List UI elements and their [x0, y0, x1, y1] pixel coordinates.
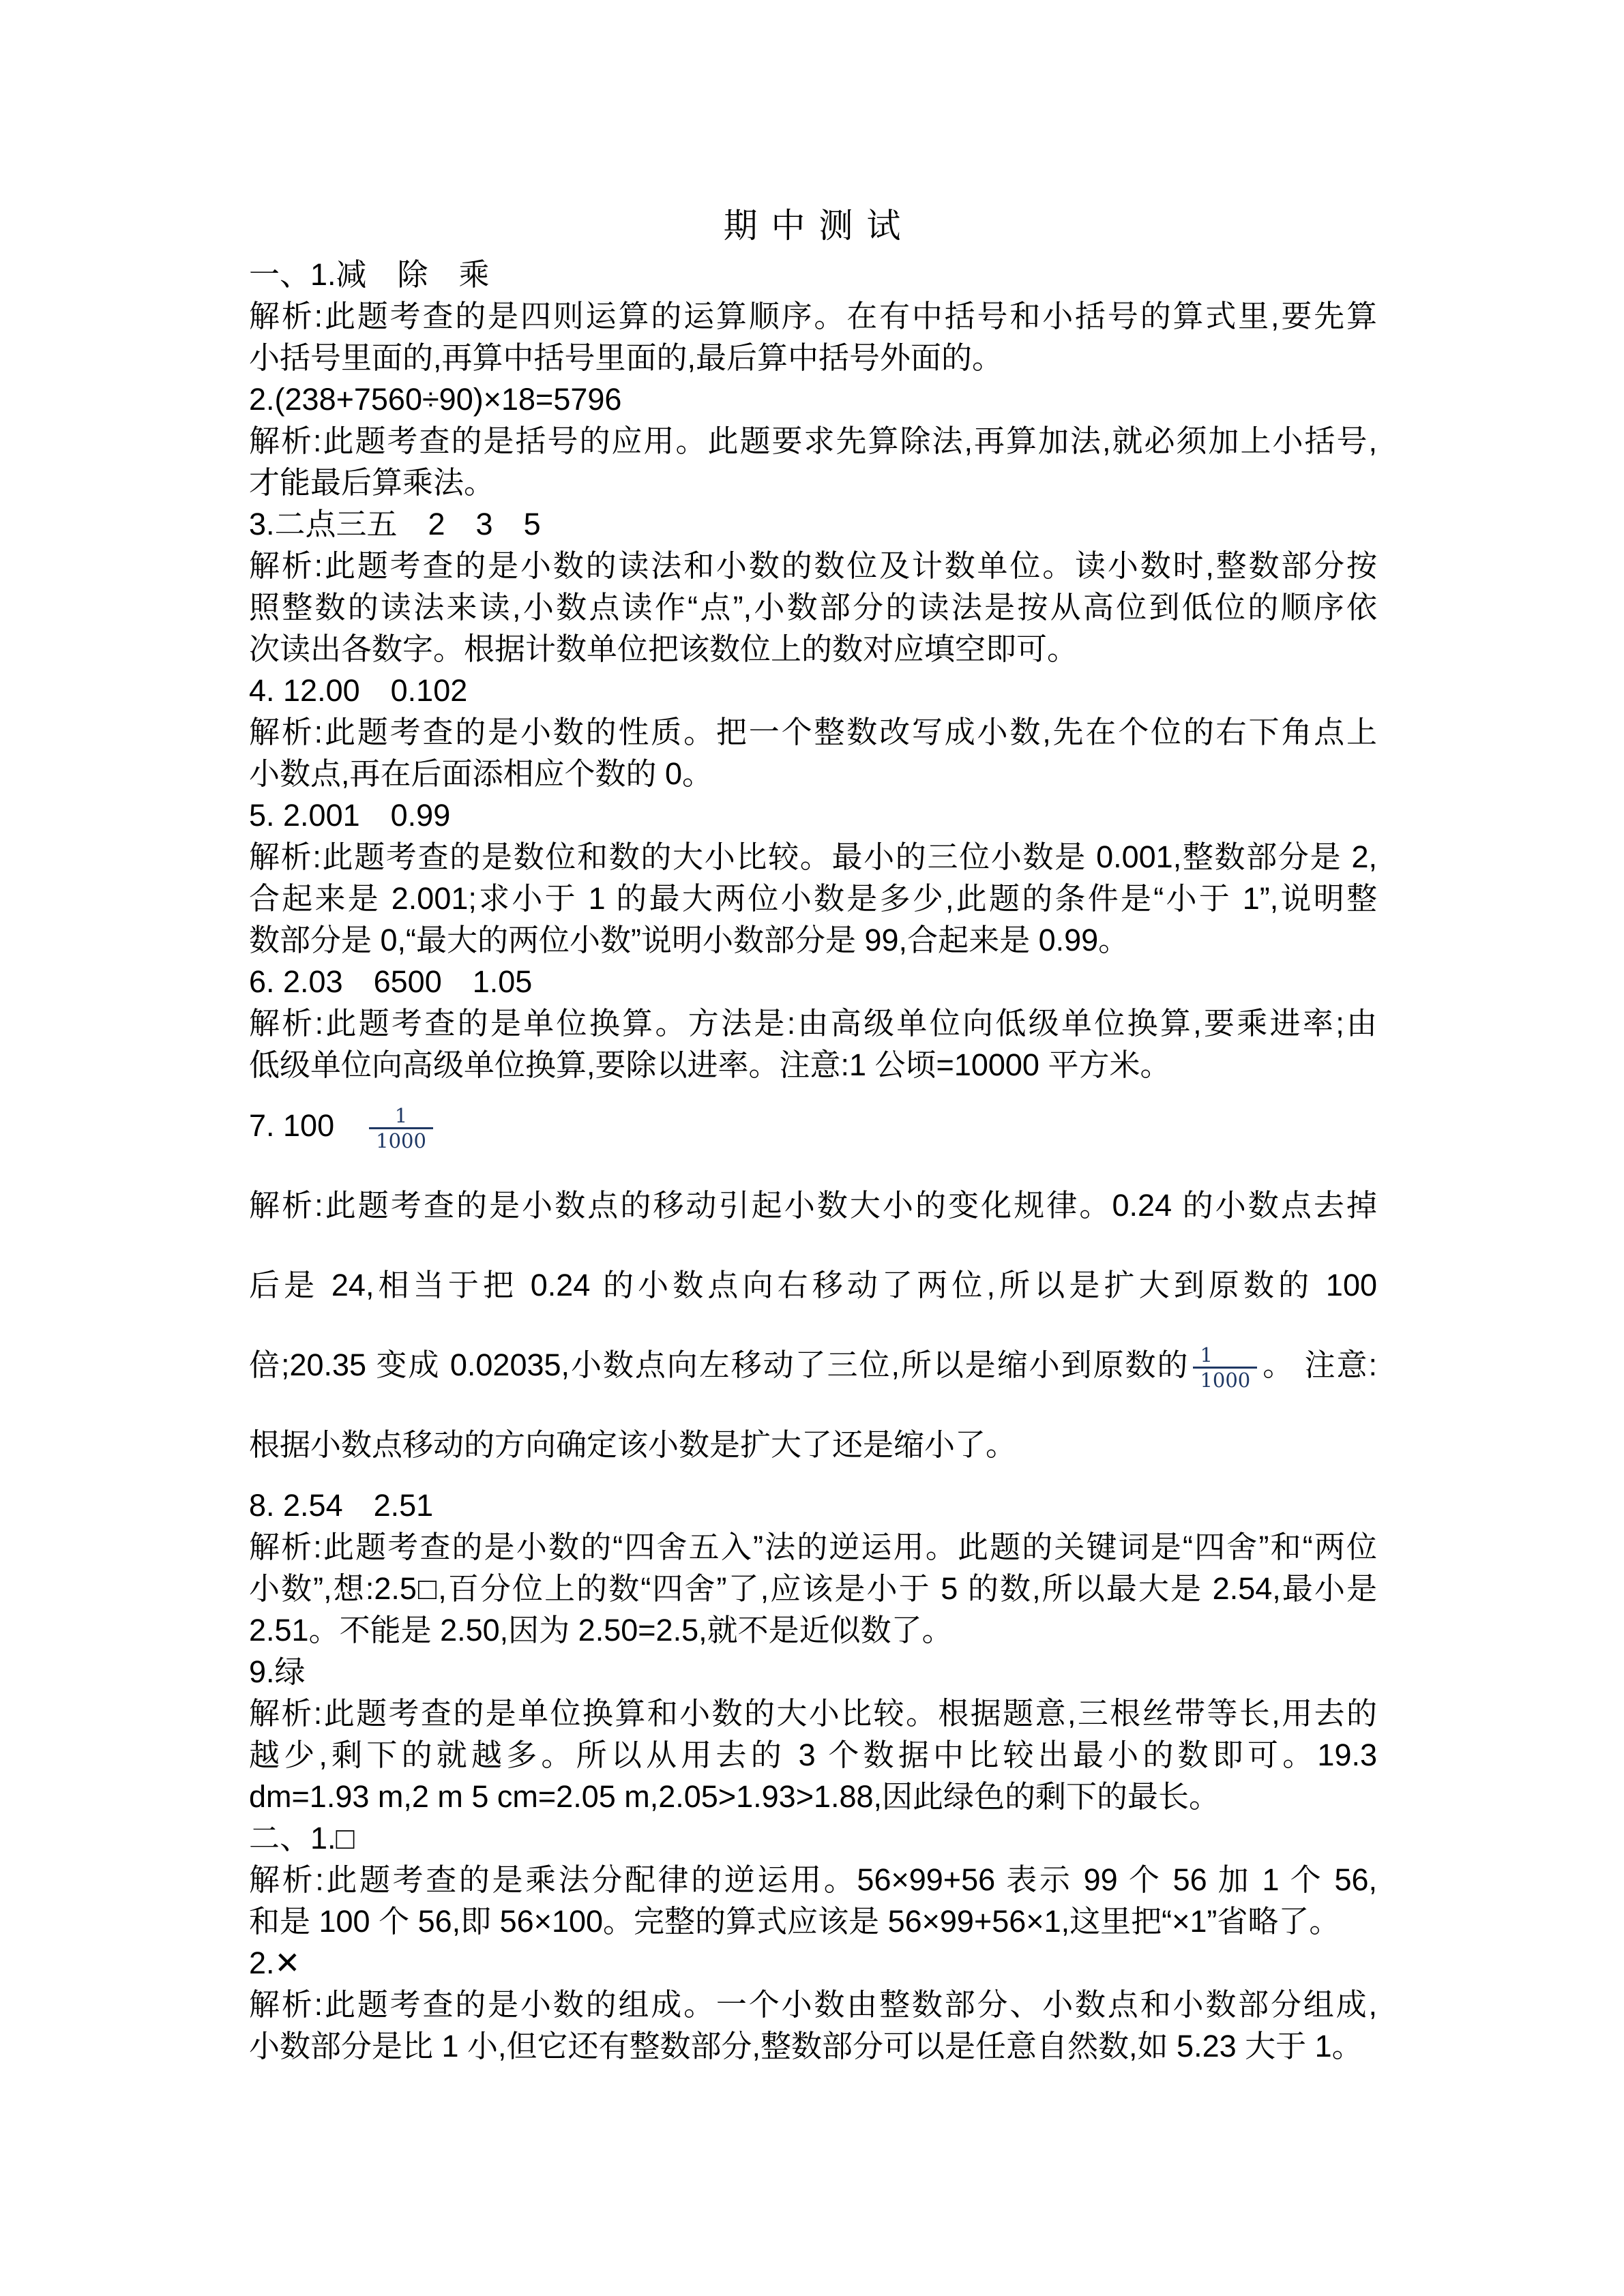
text-line: 2.✕	[249, 1942, 1377, 1984]
text-run: 4. 12.00 0.102	[249, 673, 467, 708]
paragraph: 3.二点三五 2 3 5	[249, 503, 1377, 545]
text-line: 次读出各数字。根据计数单位把该数位上的数对应填空即可。	[249, 628, 1377, 670]
fraction-denominator: 1000	[369, 1127, 433, 1152]
text-line: 9.绿	[249, 1651, 1377, 1693]
text-line: 小数”,想:2.5□,百分位上的数“四舍”了,应该是小于 5 的数,所以最大是 …	[249, 1568, 1377, 1609]
text-run: 解析:此题考查的是小数点的移动引起小数大小的变化规律。0.24 的小数点去掉	[249, 1188, 1377, 1223]
page-title: 期 中 测 试	[249, 0, 1377, 247]
text-run: 解析:此题考查的是数位和数的大小比较。最小的三位小数是 0.001,整数部分是 …	[249, 839, 1377, 874]
text-run: 次读出各数字。根据计数单位把该数位上的数对应填空即可。	[249, 631, 1078, 666]
text-run: 解析:此题考查的是小数的组成。一个小数由整数部分、小数点和小数部分组成,	[249, 1987, 1377, 2022]
text-line: 才能最后算乘法。	[249, 462, 1377, 503]
text-run: 二、1.□	[249, 1821, 355, 1855]
text-run: 小数点,再在后面添相应个数的 0。	[249, 756, 713, 791]
text-line: 3.二点三五 2 3 5	[249, 503, 1377, 545]
text-line: 解析:此题考查的是小数的读法和小数的数位及计数单位。读小数时,整数部分按	[249, 545, 1377, 586]
text-run: 才能最后算乘法。	[249, 465, 494, 500]
paragraph: 一、1.减 除 乘	[249, 254, 1377, 295]
text-run: 2.(238+7560÷90)×18=5796	[249, 382, 621, 417]
paragraph: 2.(238+7560÷90)×18=5796	[249, 378, 1377, 420]
text-run: 小数部分是比 1 小,但它还有整数部分,整数部分可以是任意自然数,如 5.23 …	[249, 2029, 1363, 2063]
text-run: dm=1.93 m,2 m 5 cm=2.05 m,2.05>1.93>1.88…	[249, 1779, 1220, 1814]
text-run: 越少,剩下的就越多。所以从用去的 3 个数据中比较出最小的数即可。19.3	[249, 1738, 1377, 1772]
text-run: 根据小数点移动的方向确定该小数是扩大了还是缩小了。	[249, 1427, 1016, 1462]
fraction-denominator: 1000	[1193, 1367, 1257, 1392]
paragraph: 8. 2.54 2.51	[249, 1485, 1377, 1526]
text-line: 5. 2.001 0.99	[249, 794, 1377, 836]
text-line: 4. 12.00 0.102	[249, 670, 1377, 711]
paragraph: 解析:此题考查的是单位换算。方法是:由高级单位向低级单位换算,要乘进率;由低级单…	[249, 1002, 1377, 1086]
text-run: 5. 2.001 0.99	[249, 798, 450, 833]
text-line: 数部分是 0,“最大的两位小数”说明小数部分是 99,合起来是 0.99。	[249, 919, 1377, 961]
text-run: 2.✕	[249, 1945, 300, 1980]
text-run: 。 注意:	[1261, 1347, 1377, 1382]
text-run: 6. 2.03 6500 1.05	[249, 964, 532, 999]
paragraph: 解析:此题考查的是乘法分配律的逆运用。56×99+56 表示 99 个 56 加…	[249, 1859, 1377, 1942]
formula-paragraph: 7. 100 11000	[249, 1086, 1377, 1165]
formula-paragraph: 解析:此题考查的是小数点的移动引起小数大小的变化规律。0.24 的小数点去掉后是…	[249, 1165, 1377, 1485]
paragraph: 4. 12.00 0.102	[249, 670, 1377, 711]
text-line: 小括号里面的,再算中括号里面的,最后算中括号外面的。	[249, 337, 1377, 378]
text-line: 越少,剩下的就越多。所以从用去的 3 个数据中比较出最小的数即可。19.3	[249, 1734, 1377, 1776]
text-line: 合起来是 2.001;求小于 1 的最大两位小数是多少,此题的条件是“小于 1”…	[249, 878, 1377, 919]
paragraph: 解析:此题考查的是小数的组成。一个小数由整数部分、小数点和小数部分组成,小数部分…	[249, 1984, 1377, 2067]
document-page: 期 中 测 试 一、1.减 除 乘解析:此题考查的是四则运算的运算顺序。在有中括…	[0, 0, 1624, 2296]
text-run: 数部分是 0,“最大的两位小数”说明小数部分是 99,合起来是 0.99。	[249, 923, 1129, 957]
text-line: 小数部分是比 1 小,但它还有整数部分,整数部分可以是任意自然数,如 5.23 …	[249, 2025, 1377, 2067]
text-run: 低级单位向高级单位换算,要除以进率。注意:1 公顷=10000 平方米。	[249, 1047, 1170, 1082]
text-run: 7. 100	[249, 1108, 365, 1143]
text-line: 小数点,再在后面添相应个数的 0。	[249, 753, 1377, 794]
paragraph: 9.绿	[249, 1651, 1377, 1693]
paragraph: 6. 2.03 6500 1.05	[249, 961, 1377, 1002]
text-run: 后是 24,相当于把 0.24 的小数点向右移动了两位,所以是扩大到原数的 10…	[249, 1268, 1377, 1302]
text-run: 解析:此题考查的是小数的读法和小数的数位及计数单位。读小数时,整数部分按	[249, 548, 1377, 583]
text-run: 2.51。不能是 2.50,因为 2.50=2.5,就不是近似数了。	[249, 1613, 953, 1648]
text-line: 和是 100 个 56,即 56×100。完整的算式应该是 56×99+56×1…	[249, 1900, 1377, 1942]
text-line: 解析:此题考查的是四则运算的运算顺序。在有中括号和小括号的算式里,要先算	[249, 295, 1377, 337]
paragraph: 解析:此题考查的是小数的性质。把一个整数改写成小数,先在个位的右下角点上小数点,…	[249, 711, 1377, 794]
fraction-numerator: 1	[369, 1104, 433, 1127]
text-run: 解析:此题考查的是括号的应用。此题要求先算除法,再算加法,就必须加上小括号,	[249, 423, 1377, 458]
text-line: 倍;20.35 变成 0.02035,小数点向左移动了三位,所以是缩小到原数的1…	[249, 1325, 1377, 1405]
text-line: 解析:此题考查的是乘法分配律的逆运用。56×99+56 表示 99 个 56 加…	[249, 1859, 1377, 1900]
text-line: 解析:此题考查的是小数的性质。把一个整数改写成小数,先在个位的右下角点上	[249, 711, 1377, 753]
text-line: 解析:此题考查的是单位换算。方法是:由高级单位向低级单位换算,要乘进率;由	[249, 1002, 1377, 1044]
text-column: 期 中 测 试 一、1.减 除 乘解析:此题考查的是四则运算的运算顺序。在有中括…	[249, 0, 1377, 2067]
text-run: 合起来是 2.001;求小于 1 的最大两位小数是多少,此题的条件是“小于 1”…	[249, 881, 1377, 916]
text-line: 根据小数点移动的方向确定该小数是扩大了还是缩小了。	[249, 1405, 1377, 1485]
text-line: 6. 2.03 6500 1.05	[249, 961, 1377, 1002]
text-line: 一、1.减 除 乘	[249, 254, 1377, 295]
text-run: 3.二点三五 2 3 5	[249, 507, 541, 541]
text-line: 解析:此题考查的是小数点的移动引起小数大小的变化规律。0.24 的小数点去掉	[249, 1165, 1377, 1245]
text-run: 解析:此题考查的是单位换算。方法是:由高级单位向低级单位换算,要乘进率;由	[249, 1006, 1377, 1041]
paragraph: 二、1.□	[249, 1817, 1377, 1859]
text-line: 解析:此题考查的是单位换算和小数的大小比较。根据题意,三根丝带等长,用去的	[249, 1693, 1377, 1734]
text-run: 解析:此题考查的是乘法分配律的逆运用。56×99+56 表示 99 个 56 加…	[249, 1862, 1377, 1897]
text-run: 小数”,想:2.5□,百分位上的数“四舍”了,应该是小于 5 的数,所以最大是 …	[249, 1571, 1377, 1606]
text-run: 解析:此题考查的是单位换算和小数的大小比较。根据题意,三根丝带等长,用去的	[249, 1696, 1377, 1731]
text-run: 9.绿	[249, 1654, 306, 1689]
text-run: 小括号里面的,再算中括号里面的,最后算中括号外面的。	[249, 340, 1003, 375]
text-run: 和是 100 个 56,即 56×100。完整的算式应该是 56×99+56×1…	[249, 1904, 1340, 1939]
text-line: 解析:此题考查的是数位和数的大小比较。最小的三位小数是 0.001,整数部分是 …	[249, 836, 1377, 878]
text-line: 照整数的读法来读,小数点读作“点”,小数部分的读法是按从高位到低位的顺序依	[249, 586, 1377, 628]
text-run: 8. 2.54 2.51	[249, 1488, 433, 1523]
paragraph: 解析:此题考查的是小数的“四舍五入”法的逆运用。此题的关键词是“四舍”和“两位小…	[249, 1526, 1377, 1651]
paragraph: 解析:此题考查的是数位和数的大小比较。最小的三位小数是 0.001,整数部分是 …	[249, 836, 1377, 961]
paragraph: 解析:此题考查的是单位换算和小数的大小比较。根据题意,三根丝带等长,用去的越少,…	[249, 1693, 1377, 1817]
text-run: 照整数的读法来读,小数点读作“点”,小数部分的读法是按从高位到低位的顺序依	[249, 590, 1377, 625]
paragraph: 解析:此题考查的是括号的应用。此题要求先算除法,再算加法,就必须加上小括号,才能…	[249, 420, 1377, 503]
paragraph: 2.✕	[249, 1942, 1377, 1984]
text-line: 7. 100 11000	[249, 1086, 1377, 1165]
fraction: 11000	[1193, 1343, 1257, 1392]
text-line: 8. 2.54 2.51	[249, 1485, 1377, 1526]
fraction-numerator: 1	[1193, 1343, 1257, 1367]
text-run: 解析:此题考查的是小数的“四舍五入”法的逆运用。此题的关键词是“四舍”和“两位	[249, 1530, 1377, 1564]
text-line: 2.51。不能是 2.50,因为 2.50=2.5,就不是近似数了。	[249, 1609, 1377, 1651]
text-run: 一、1.减 除 乘	[249, 257, 490, 292]
text-line: 2.(238+7560÷90)×18=5796	[249, 378, 1377, 420]
text-line: dm=1.93 m,2 m 5 cm=2.05 m,2.05>1.93>1.88…	[249, 1776, 1377, 1817]
paragraph: 解析:此题考查的是小数的读法和小数的数位及计数单位。读小数时,整数部分按照整数的…	[249, 545, 1377, 670]
text-run: 倍;20.35 变成 0.02035,小数点向左移动了三位,所以是缩小到原数的	[249, 1347, 1189, 1382]
text-line: 解析:此题考查的是括号的应用。此题要求先算除法,再算加法,就必须加上小括号,	[249, 420, 1377, 462]
text-line: 解析:此题考查的是小数的“四舍五入”法的逆运用。此题的关键词是“四舍”和“两位	[249, 1526, 1377, 1568]
text-run: 解析:此题考查的是四则运算的运算顺序。在有中括号和小括号的算式里,要先算	[249, 299, 1377, 333]
fraction: 11000	[369, 1104, 433, 1152]
text-line: 低级单位向高级单位换算,要除以进率。注意:1 公顷=10000 平方米。	[249, 1044, 1377, 1086]
paragraph: 解析:此题考查的是四则运算的运算顺序。在有中括号和小括号的算式里,要先算小括号里…	[249, 295, 1377, 378]
text-line: 后是 24,相当于把 0.24 的小数点向右移动了两位,所以是扩大到原数的 10…	[249, 1245, 1377, 1325]
text-line: 二、1.□	[249, 1817, 1377, 1859]
text-run: 解析:此题考查的是小数的性质。把一个整数改写成小数,先在个位的右下角点上	[249, 715, 1377, 749]
text-line: 解析:此题考查的是小数的组成。一个小数由整数部分、小数点和小数部分组成,	[249, 1984, 1377, 2025]
document-body: 一、1.减 除 乘解析:此题考查的是四则运算的运算顺序。在有中括号和小括号的算式…	[249, 254, 1377, 2067]
paragraph: 5. 2.001 0.99	[249, 794, 1377, 836]
